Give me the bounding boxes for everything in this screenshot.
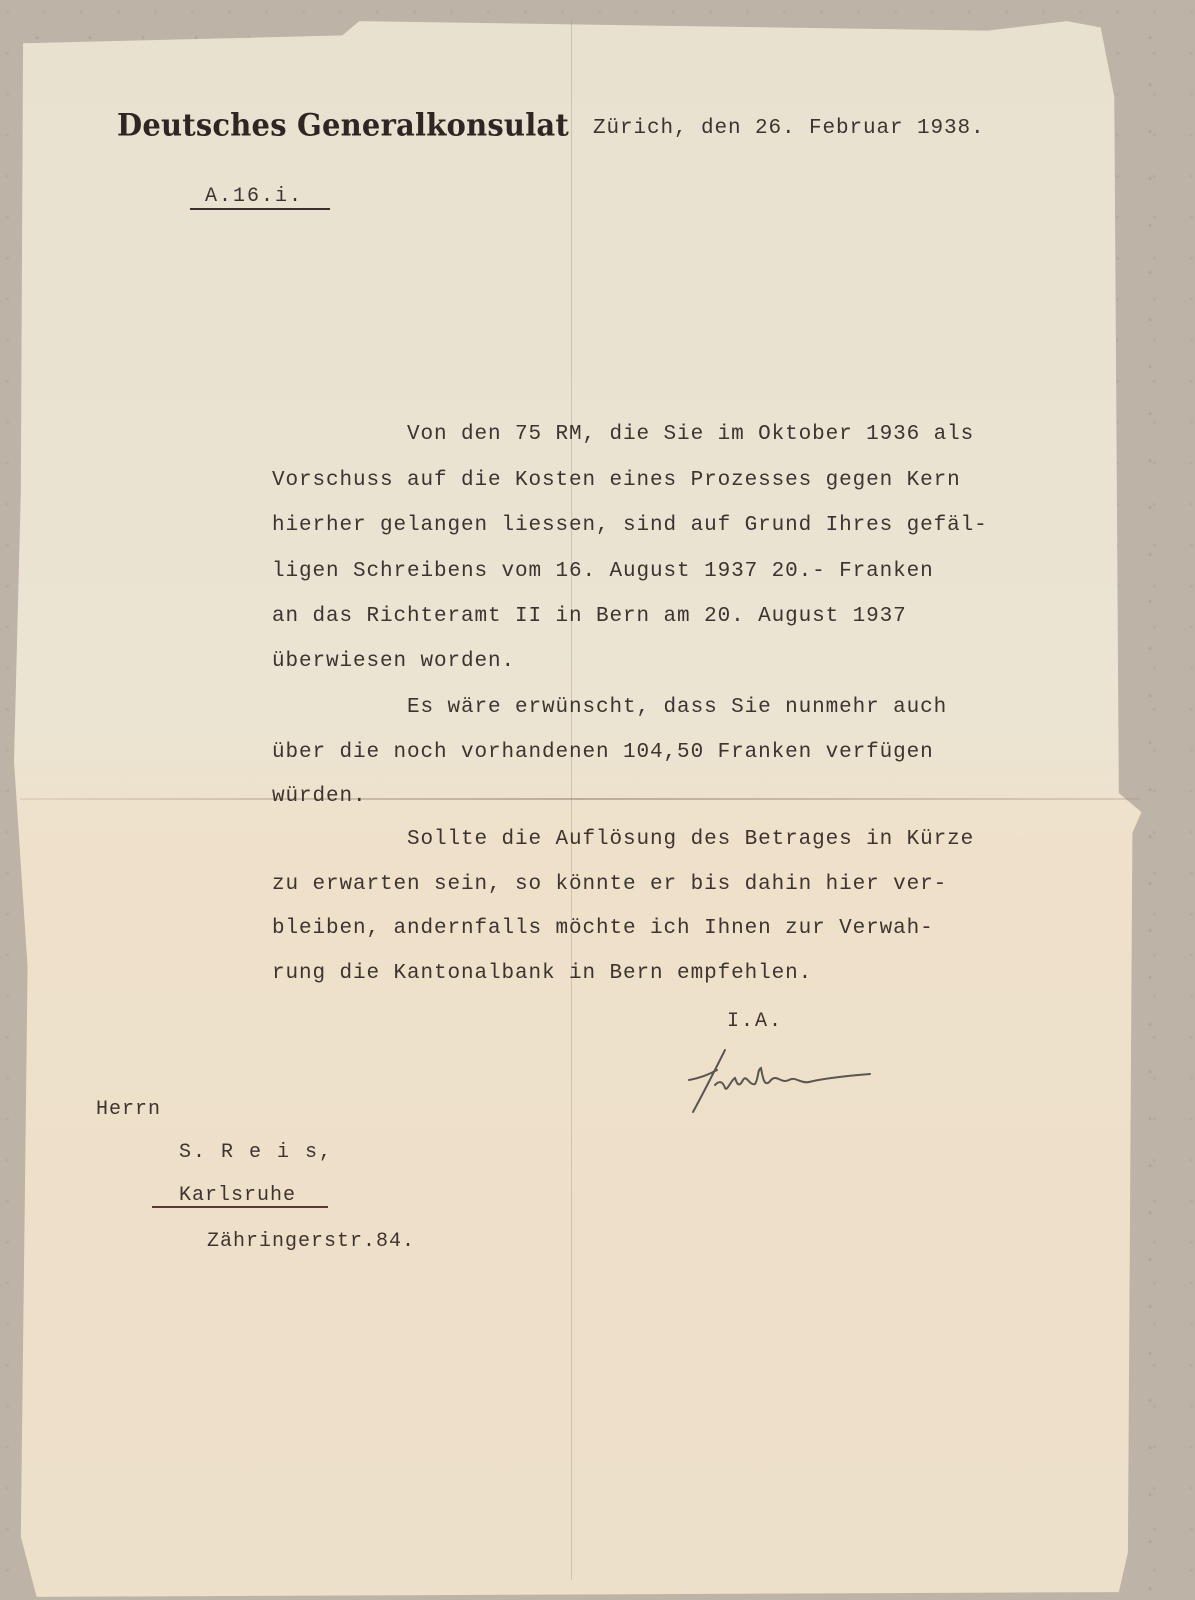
letterhead: Deutsches Generalkonsulat	[117, 107, 569, 143]
reference-underline	[190, 208, 330, 210]
body-line: zu erwarten sein, so könnte er bis dahin…	[272, 873, 947, 896]
body-line: würden.	[272, 785, 367, 808]
recipient-salutation: Herrn	[96, 1098, 161, 1121]
place-date: Zürich, den 26. Februar 1938.	[593, 117, 985, 140]
body-line: Vorschuss auf die Kosten eines Prozesses…	[272, 469, 961, 492]
recipient-street: Zähringerstr.84.	[207, 1230, 415, 1253]
body-line: ligen Schreibens vom 16. August 1937 20.…	[272, 560, 934, 583]
body-line: bleiben, andernfalls möchte ich Ihnen zu…	[272, 917, 934, 940]
city-underline	[152, 1206, 328, 1208]
horizontal-fold-line	[20, 798, 1140, 800]
letter-sheet	[14, 18, 1146, 1600]
body-line: rung die Kantonalbank in Bern empfehlen.	[272, 962, 812, 985]
recipient-name: S. R e i s,	[179, 1141, 333, 1164]
body-line: Sollte die Auflösung des Betrages in Kür…	[272, 828, 974, 851]
signature-icon	[685, 1040, 885, 1120]
closing-ia: I.A.	[727, 1010, 783, 1033]
vertical-fold-line	[571, 20, 572, 1580]
body-line: Von den 75 RM, die Sie im Oktober 1936 a…	[272, 423, 974, 446]
body-line: an das Richteramt II in Bern am 20. Augu…	[272, 605, 907, 628]
body-line: über die noch vorhandenen 104,50 Franken…	[272, 741, 934, 764]
recipient-city: Karlsruhe	[179, 1184, 296, 1207]
body-line: Es wäre erwünscht, dass Sie nunmehr auch	[272, 696, 947, 719]
signature	[685, 1040, 885, 1125]
body-line: hierher gelangen liessen, sind auf Grund…	[272, 514, 988, 537]
reference-number: A.16.i.	[205, 185, 303, 208]
body-line: überwiesen worden.	[272, 650, 515, 673]
